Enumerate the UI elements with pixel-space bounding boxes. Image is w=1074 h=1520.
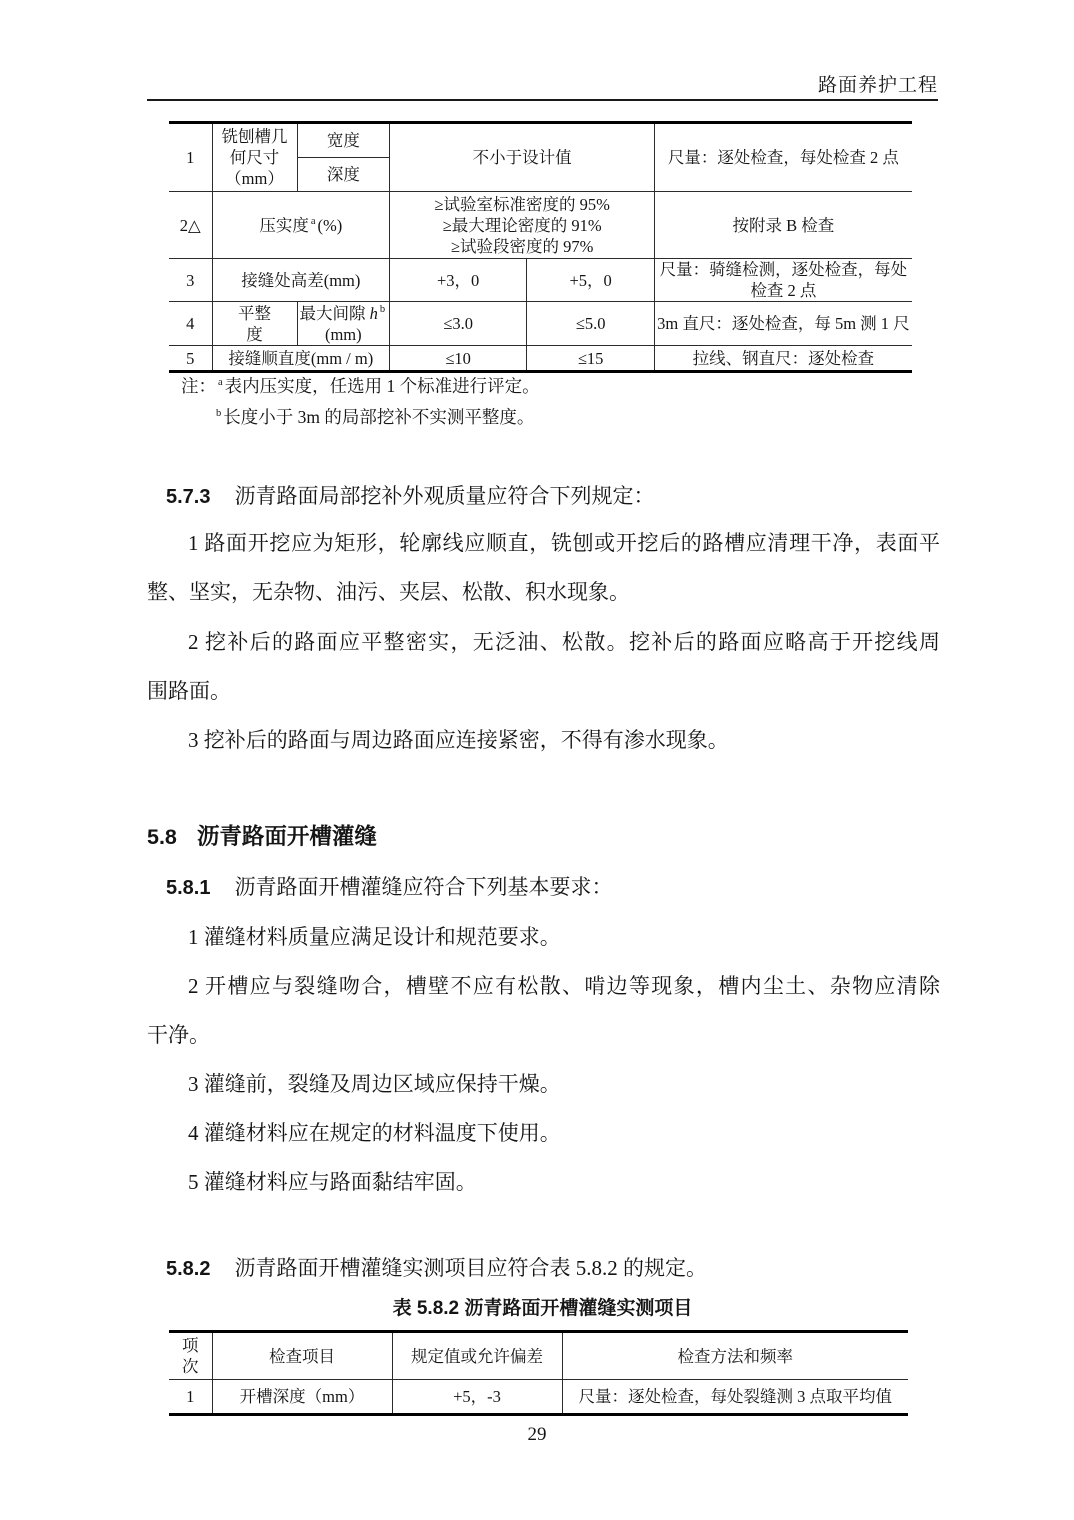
list-item: 1 灌缝材料质量应满足设计和规范要求。 bbox=[147, 913, 940, 962]
cell-sub-item-depth: 深度 bbox=[297, 158, 390, 192]
paragraph-5-7-3-1: 1 路面开挖应为矩形，轮廓线应顺直，铣刨或开挖后的路槽应清理干净，表面平 整、坚… bbox=[147, 519, 940, 617]
header-method: 检查方法和频率 bbox=[562, 1332, 908, 1380]
cell-check-subitem: 最大间隙 hb(mm) bbox=[297, 302, 390, 346]
cell-method: 尺量：逐处检查，每处裂缝测 3 点取平均值 bbox=[562, 1380, 908, 1415]
table-notes: 注：a表内压实度，任选用 1 个标准进行评定。 b长度小于 3m 的局部挖补不实… bbox=[181, 371, 540, 433]
cell-value-b: ≤15 bbox=[527, 346, 655, 372]
clause-5-8-2-heading: 5.8.2沥青路面开槽灌缝实测项目应符合表 5.8.2 的规定。 bbox=[147, 1245, 959, 1291]
table-row: 3 接缝处高差(mm) +3，0 +5，0 尺量：骑缝检测，逐处检查，每处 检查… bbox=[169, 259, 912, 302]
cell-method: 拉线、钢直尺：逐处检查 bbox=[655, 346, 912, 372]
clause-5-8-1-heading: 5.8.1沥青路面开槽灌缝应符合下列基本要求： bbox=[147, 864, 959, 910]
header-spec-value: 规定值或允许偏差 bbox=[392, 1332, 562, 1380]
cell-item-no: 4 bbox=[169, 302, 212, 346]
note-a: 注：a表内压实度，任选用 1 个标准进行评定。 bbox=[181, 371, 540, 402]
cell-item-no: 5 bbox=[169, 346, 212, 372]
cell-item-no: 2△ bbox=[169, 192, 212, 259]
clause-number: 5.7.3 bbox=[166, 486, 210, 508]
footnote-ref-a: a bbox=[311, 216, 316, 227]
clause-title: 沥青路面开槽灌缝实测项目应符合表 5.8.2 的规定。 bbox=[234, 1256, 707, 1280]
cell-method: 3m 直尺：逐处检查，每 5m 测 1 尺 bbox=[655, 302, 912, 346]
cell-check-item: 铣刨槽几 何尺寸 （mm） bbox=[212, 123, 297, 192]
footnote-mark-a: a bbox=[218, 377, 223, 388]
cell-check-item: 开槽深度（mm） bbox=[212, 1380, 392, 1415]
list-item: 5 灌缝材料应与路面黏结牢固。 bbox=[147, 1158, 940, 1207]
section-title: 沥青路面开槽灌缝 bbox=[197, 824, 377, 849]
clause-title: 沥青路面局部挖补外观质量应符合下列规定： bbox=[234, 484, 654, 508]
footnote-mark-b: b bbox=[216, 408, 221, 419]
cell-value-b: +5，0 bbox=[527, 259, 655, 302]
item-text: 压实度 bbox=[259, 216, 309, 235]
cell-spec-value: 不小于设计值 bbox=[390, 123, 655, 192]
cell-spec-value: +5，-3 bbox=[392, 1380, 562, 1415]
groove-sealing-table: 项 次 检查项目 规定值或允许偏差 检查方法和频率 1 开槽深度（mm） +5，… bbox=[169, 1330, 908, 1416]
footnote-ref-b: b bbox=[380, 304, 385, 315]
running-header: 路面养护工程 bbox=[147, 70, 938, 97]
item-unit: (mm) bbox=[325, 325, 362, 344]
cell-item-no: 3 bbox=[169, 259, 212, 302]
table-5-8-2-caption: 表 5.8.2 沥青路面开槽灌缝实测项目 bbox=[147, 1294, 938, 1324]
section-number: 5.8 bbox=[147, 825, 177, 849]
table-row: 1 铣刨槽几 何尺寸 （mm） 宽度 不小于设计值 尺量：逐处检查，每处检查 2… bbox=[169, 123, 912, 158]
list-item-line: 干净。 bbox=[147, 1011, 940, 1060]
cell-value-a: ≤10 bbox=[390, 346, 527, 372]
cell-method: 尺量：逐处检查，每处检查 2 点 bbox=[655, 123, 912, 192]
cell-method: 尺量：骑缝检测，逐处检查，每处 检查 2 点 bbox=[655, 259, 912, 302]
cell-check-item: 压实度a(%) bbox=[212, 192, 390, 259]
cell-sub-item-width: 宽度 bbox=[297, 123, 390, 158]
table-row: 1 开槽深度（mm） +5，-3 尺量：逐处检查，每处裂缝测 3 点取平均值 bbox=[169, 1380, 908, 1415]
cell-item-no: 1 bbox=[169, 123, 212, 192]
cell-value-a: ≤3.0 bbox=[390, 302, 527, 346]
section-5-8-heading: 5.8沥青路面开槽灌缝 bbox=[147, 813, 940, 861]
repair-quality-table: 1 铣刨槽几 何尺寸 （mm） 宽度 不小于设计值 尺量：逐处检查，每处检查 2… bbox=[169, 121, 912, 373]
cell-item-no: 1 bbox=[169, 1380, 212, 1415]
cell-check-item: 平整 度 bbox=[212, 302, 297, 346]
header-divider bbox=[147, 99, 938, 101]
item-text: 最大间隙 bbox=[300, 304, 366, 323]
clause-5-7-3-heading: 5.7.3沥青路面局部挖补外观质量应符合下列规定： bbox=[147, 473, 959, 519]
cell-check-item: 接缝顺直度(mm / m) bbox=[212, 346, 390, 372]
table-row: 4 平整 度 最大间隙 hb(mm) ≤3.0 ≤5.0 3m 直尺：逐处检查，… bbox=[169, 302, 912, 346]
paragraph-5-7-3-2: 2 挖补后的路面应平整密实，无泛油、松散。挖补后的路面应略高于开挖线周 围路面。 bbox=[147, 618, 940, 716]
item-unit: (%) bbox=[318, 216, 343, 235]
list-item-line: 2 开槽应与裂缝吻合，槽壁不应有松散、啃边等现象，槽内尘土、杂物应清除 bbox=[147, 962, 940, 1011]
paragraph-line: 整、坚实，无杂物、油污、夹层、松散、积水现象。 bbox=[147, 568, 940, 617]
table-header-row: 项 次 检查项目 规定值或允许偏差 检查方法和频率 bbox=[169, 1332, 908, 1380]
paragraph-line: 围路面。 bbox=[147, 667, 940, 716]
note-label: 注： bbox=[181, 376, 216, 396]
note-b: b长度小于 3m 的局部挖补不实测平整度。 bbox=[181, 402, 540, 433]
cell-value-b: ≤5.0 bbox=[527, 302, 655, 346]
list-item: 3 灌缝前，裂缝及周边区域应保持干燥。 bbox=[147, 1060, 940, 1109]
cell-check-item: 接缝处高差(mm) bbox=[212, 259, 390, 302]
page-number: 29 bbox=[0, 1424, 1074, 1446]
paragraph-line: 1 路面开挖应为矩形，轮廓线应顺直，铣刨或开挖后的路槽应清理干净，表面平 bbox=[147, 519, 940, 568]
clause-title: 沥青路面开槽灌缝应符合下列基本要求： bbox=[234, 875, 612, 899]
clause-number: 5.8.2 bbox=[166, 1258, 210, 1280]
cell-spec-value: ≥试验室标准密度的 95% ≥最大理论密度的 91% ≥试验段密度的 97% bbox=[390, 192, 655, 259]
table-row: 5 接缝顺直度(mm / m) ≤10 ≤15 拉线、钢直尺：逐处检查 bbox=[169, 346, 912, 372]
paragraph-line: 2 挖补后的路面应平整密实，无泛油、松散。挖补后的路面应略高于开挖线周 bbox=[147, 618, 940, 667]
clause-5-8-1-items: 1 灌缝材料质量应满足设计和规范要求。 2 开槽应与裂缝吻合，槽壁不应有松散、啃… bbox=[147, 913, 940, 1207]
table-row: 2△ 压实度a(%) ≥试验室标准密度的 95% ≥最大理论密度的 91% ≥试… bbox=[169, 192, 912, 259]
header-item-no: 项 次 bbox=[169, 1332, 212, 1380]
variable-h: h bbox=[370, 304, 378, 323]
clause-number: 5.8.1 bbox=[166, 877, 210, 899]
list-item: 4 灌缝材料应在规定的材料温度下使用。 bbox=[147, 1109, 940, 1158]
note-b-text: 长度小于 3m 的局部挖补不实测平整度。 bbox=[223, 407, 534, 427]
document-page: 路面养护工程 1 铣刨槽几 何尺寸 （mm） 宽度 不小于设计值 尺量：逐处检查… bbox=[0, 0, 1074, 1520]
cell-value-a: +3，0 bbox=[390, 259, 527, 302]
note-a-text: 表内压实度，任选用 1 个标准进行评定。 bbox=[225, 376, 540, 396]
cell-method: 按附录 B 检查 bbox=[655, 192, 912, 259]
paragraph-5-7-3-3: 3 挖补后的路面与周边路面应连接紧密，不得有渗水现象。 bbox=[147, 716, 940, 765]
header-check-item: 检查项目 bbox=[212, 1332, 392, 1380]
